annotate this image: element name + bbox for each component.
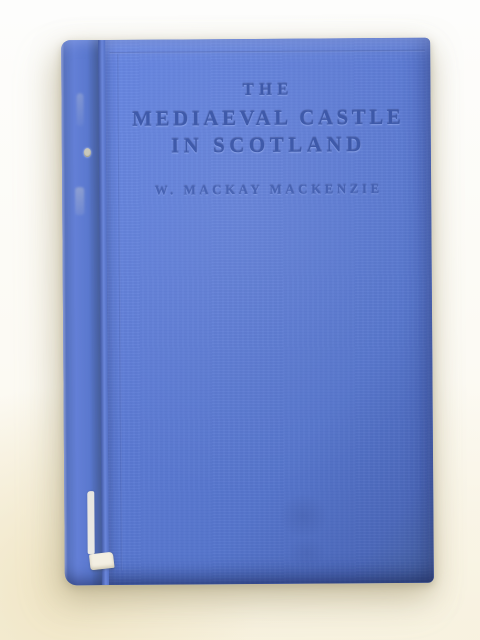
spine-gilt-dot [84,148,91,157]
cover-title-block: THE MEDIAEVAL CASTLE IN SCOTLAND W. MACK… [105,78,431,199]
spine-label-torn-piece [89,552,115,571]
title-line-1: THE [105,78,430,102]
book: THE MEDIAEVAL CASTLE IN SCOTLAND W. MACK… [61,38,434,586]
cover-stain [287,536,327,568]
book-spine [61,40,102,585]
spine-lettering-remnant [75,187,84,215]
spine-scuff-mark [76,93,83,126]
author-line: W. MACKAY MACKENZIE [106,181,431,199]
spine-label-remnant [87,491,94,554]
title-line-2: MEDIAEVAL CASTLE [106,104,431,133]
cover-top-bevel-ridge [109,50,425,54]
front-cover: THE MEDIAEVAL CASTLE IN SCOTLAND W. MACK… [105,38,434,585]
title-line-3: IN SCOTLAND [106,131,431,160]
book-photo: THE MEDIAEVAL CASTLE IN SCOTLAND W. MACK… [0,0,480,640]
cover-stain [278,493,328,538]
